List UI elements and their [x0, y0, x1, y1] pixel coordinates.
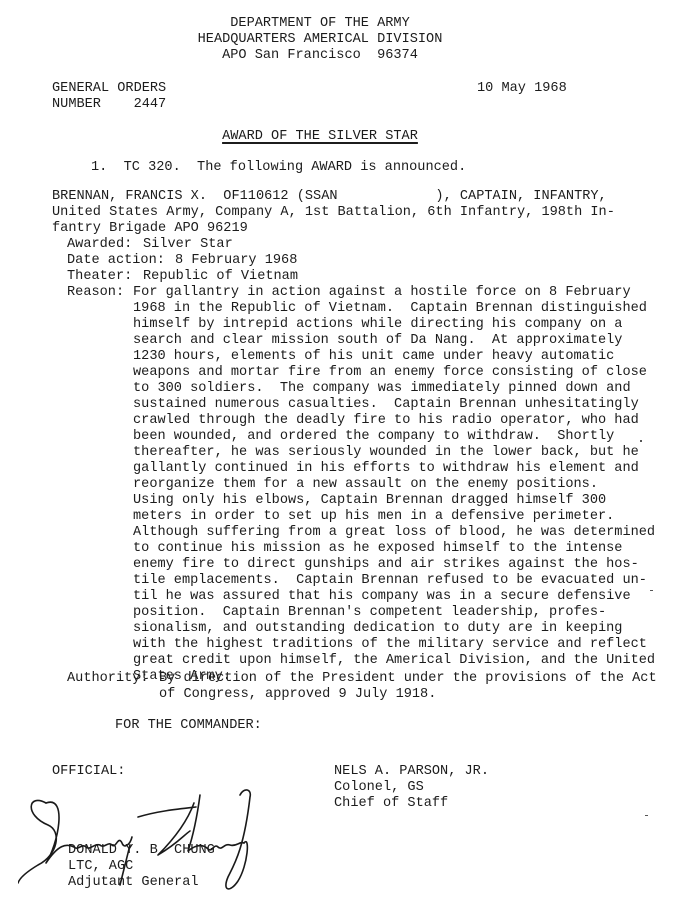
- reason-line: search and clear mission south of Da Nan…: [133, 333, 622, 349]
- reason-line: sustained numerous casualties. Captain B…: [133, 397, 639, 413]
- theater-value: Republic of Vietnam: [143, 269, 298, 285]
- official-label: OFFICIAL:: [52, 764, 125, 780]
- reason-line: Although suffering from a great loss of …: [133, 525, 655, 541]
- reason-line: weapons and mortar fire from an enemy fo…: [133, 365, 647, 381]
- authority-line: of Congress, approved 9 July 1918.: [159, 687, 436, 703]
- right-signer-title: Chief of Staff: [334, 796, 448, 812]
- reason-line: with the highest traditions of the milit…: [133, 637, 647, 653]
- reason-line: sionalism, and outstanding dedication to…: [133, 621, 622, 637]
- signature-icon: [18, 785, 268, 895]
- letterhead-headquarters: HEADQUARTERS AMERICAL DIVISION: [0, 32, 640, 48]
- reason-line: to continue his mission as he exposed hi…: [133, 541, 622, 557]
- reason-line: 1230 hours, elements of his unit came un…: [133, 349, 614, 365]
- reason-line: Using only his elbows, Captain Brennan d…: [133, 493, 606, 509]
- reason-line: crawled through the deadly fire to his r…: [133, 413, 639, 429]
- scan-speck: [650, 590, 653, 591]
- reason-line: til he was assured that his company was …: [133, 589, 631, 605]
- scan-speck: [645, 815, 648, 816]
- reason-line: position. Captain Brennan's competent le…: [133, 605, 606, 621]
- reason-line: enemy fire to direct gunships and air st…: [133, 557, 639, 573]
- right-signer-rank: Colonel, GS: [334, 780, 424, 796]
- reason-line: meters in order to set up his men in a d…: [133, 509, 614, 525]
- reason-label: Reason:: [67, 285, 124, 301]
- general-orders-label: GENERAL ORDERS: [52, 81, 166, 97]
- awarded-value: Silver Star: [143, 237, 233, 253]
- announcement: 1. TC 320. The following AWARD is announ…: [91, 160, 466, 176]
- authority-line: By direction of the President under the …: [159, 671, 657, 687]
- reason-line: reorganize them for a new assault on the…: [133, 477, 598, 493]
- recipient-line: United States Army, Company A, 1st Batta…: [52, 205, 615, 221]
- reason-line: been wounded, and ordered the company to…: [133, 429, 614, 445]
- document-title: AWARD OF THE SILVER STAR: [0, 129, 640, 145]
- reason-line: himself by intrepid actions while direct…: [133, 317, 622, 333]
- letterhead-department: DEPARTMENT OF THE ARMY: [0, 16, 640, 32]
- reason-line: 1968 in the Republic of Vietnam. Captain…: [133, 301, 647, 317]
- reason-line: gallantly continued in his efforts to wi…: [133, 461, 639, 477]
- for-the-commander: FOR THE COMMANDER:: [115, 718, 262, 734]
- recipient-line: fantry Brigade APO 96219: [52, 221, 248, 237]
- date-action-label: Date action:: [67, 253, 165, 269]
- authority-label: Authority:: [67, 671, 149, 687]
- letterhead-apo: APO San Francisco 96374: [0, 48, 640, 64]
- scan-speck: [640, 440, 642, 442]
- order-date: 10 May 1968: [477, 81, 567, 97]
- awarded-label: Awarded:: [67, 237, 132, 253]
- reason-line: to 300 soldiers. The company was immedia…: [133, 381, 631, 397]
- date-action-value: 8 February 1968: [175, 253, 297, 269]
- reason-line: great credit upon himself, the Americal …: [133, 653, 655, 669]
- reason-line: thereafter, he was seriously wounded in …: [133, 445, 639, 461]
- order-number: NUMBER 2447: [52, 97, 166, 113]
- reason-line: tile emplacements. Captain Brennan refus…: [133, 573, 647, 589]
- right-signer-name: NELS A. PARSON, JR.: [334, 764, 489, 780]
- recipient-line: BRENNAN, FRANCIS X. OF110612 (SSAN ), CA…: [52, 189, 607, 205]
- theater-label: Theater:: [67, 269, 132, 285]
- reason-line: For gallantry in action against a hostil…: [133, 285, 631, 301]
